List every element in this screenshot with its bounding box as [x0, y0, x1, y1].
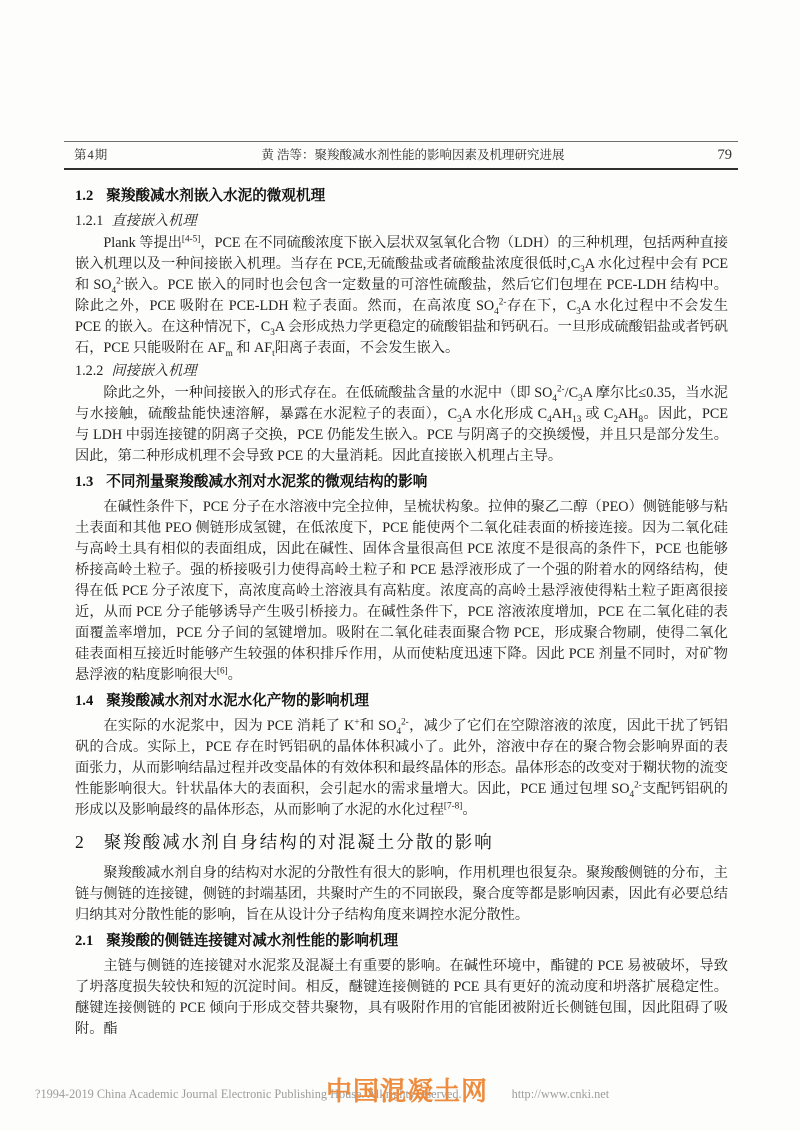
section-number: 2.1 [75, 933, 93, 949]
site-watermark: 中国混凝土网 [326, 1071, 488, 1108]
section-heading-1-4: 1.4聚羧酸减水剂对水泥水化产物的影响机理 [75, 691, 728, 711]
page-number: 79 [718, 147, 733, 164]
footer-url-link[interactable]: http://www.cnki.net [512, 1087, 610, 1102]
paragraph-indirect-intercalation: 除此之外，一种间接嵌入的形式存在。在低硫酸盐含量的水泥中（即 SO42-/C3A… [75, 383, 728, 467]
section-title: 聚羧酸的侧链连接键对减水剂性能的影响机理 [106, 933, 398, 949]
section-title: 不同剂量聚羧酸减水剂对水泥浆的微观结构的影响 [106, 474, 427, 490]
chapter-number: 2 [75, 832, 84, 852]
subsection-title: 间接嵌入机理 [111, 363, 196, 379]
subsection-number: 1.2.1 [75, 213, 103, 229]
running-title: 黄 浩等：聚羧酸减水剂性能的影响因素及机理研究进展 [261, 145, 564, 163]
section-number: 1.3 [75, 474, 93, 490]
subsection-heading-1-2-1: 1.2.1直接嵌入机理 [75, 211, 728, 231]
section-title: 聚羧酸减水剂对水泥水化产物的影响机理 [106, 693, 369, 709]
section-heading-1-3: 1.3不同剂量聚羧酸减水剂对水泥浆的微观结构的影响 [75, 472, 728, 492]
section-title: 聚羧酸减水剂嵌入水泥的微观机理 [106, 188, 325, 204]
subsection-number: 1.2.2 [75, 363, 103, 379]
page-header: 第4期 黄 浩等：聚羧酸减水剂性能的影响因素及机理研究进展 79 [64, 141, 738, 170]
paragraph-side-chain-linkage: 主链与侧链的连接键对水泥浆及混凝土有重要的影响。在碱性环境中，酯键的 PCE 易… [75, 956, 728, 1040]
chapter-title: 聚羧酸减水剂自身结构的对混凝土分散的影响 [104, 832, 494, 852]
section-heading-2-1: 2.1聚羧酸的侧链连接键对减水剂性能的影响机理 [75, 931, 728, 951]
chapter-heading-2: 2聚羧酸减水剂自身结构的对混凝土分散的影响 [75, 829, 728, 855]
article-body: 1.2聚羧酸减水剂嵌入水泥的微观机理 1.2.1直接嵌入机理 Plank 等提出… [75, 186, 728, 1040]
paragraph-direct-intercalation: Plank 等提出[4-5]，PCE 在不同硫酸浓度下嵌入层状双氢氧化合物（LD… [75, 233, 728, 359]
section-number: 1.2 [75, 188, 93, 204]
paragraph-hydration-products: 在实际的水泥浆中，因为 PCE 消耗了 K+和 SO42-，减少了它们在空隙溶液… [75, 716, 728, 821]
journal-issue: 第4期 [74, 145, 108, 163]
section-heading-1-2: 1.2聚羧酸减水剂嵌入水泥的微观机理 [75, 186, 728, 206]
paragraph-dosage-microstructure: 在碱性条件下，PCE 分子在水溶液中完全拉伸，呈梳状构象。拉伸的聚乙二醇（PEO… [75, 497, 728, 686]
subsection-heading-1-2-2: 1.2.2间接嵌入机理 [75, 361, 728, 381]
subsection-title: 直接嵌入机理 [111, 213, 196, 229]
paragraph-structure-dispersion-intro: 聚羧酸减水剂自身的结构对水泥的分散性有很大的影响，作用机理也很复杂。聚羧酸侧链的… [75, 863, 728, 926]
section-number: 1.4 [75, 693, 93, 709]
